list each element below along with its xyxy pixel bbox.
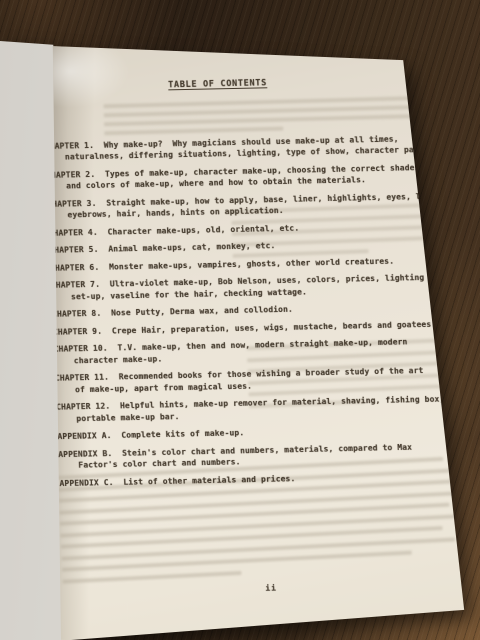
typewritten-content: TABLE OF CONTENTS CHAPTER 1. Why make-up… <box>42 73 478 598</box>
toc-entry: CHAPTER 9. Crepe Hair, preparation, uses… <box>53 318 467 338</box>
toc-entry: CHAPTER 10. T.V. make-up, then and now, … <box>53 335 468 367</box>
toc-entry-text: APPENDIX B. Stein's color chart and numb… <box>58 442 412 470</box>
toc-entry-text: CHAPTER 6. Monster make-ups, vampires, g… <box>50 256 394 272</box>
book-page: TABLE OF CONTENTS CHAPTER 1. Why make-up… <box>0 0 480 640</box>
open-book: TABLE OF CONTENTS CHAPTER 1. Why make-up… <box>0 0 480 640</box>
toc-entry-text: APPENDIX A. Complete kits of make-up. <box>57 428 244 441</box>
toc-entry-text: CHAPTER 11. Recommended books for those … <box>55 366 424 394</box>
page-title: TABLE OF CONTENTS <box>168 78 267 92</box>
toc-entry-text: CHAPTER 12. Helpful hints, make-up remov… <box>56 395 445 424</box>
toc-entry: CHAPTER 1. Why make-up? Why magicians sh… <box>45 132 460 164</box>
toc-entry: CHAPTER 7. Ultra-violet make-up, Bob Nel… <box>51 271 466 303</box>
toc-entry-text: CHAPTER 2. Types of make-up, character m… <box>46 163 420 191</box>
page-number: ii <box>64 578 478 598</box>
toc-entry: CHAPTER 6. Monster make-ups, vampires, g… <box>50 254 464 274</box>
toc-entry: APPENDIX C. List of other materials and … <box>59 469 473 489</box>
toc-entry-text: CHAPTER 9. Crepe Hair, preparation, uses… <box>53 319 437 336</box>
toc-entry-text: CHAPTER 4. Character make-ups, old, orie… <box>48 223 299 237</box>
toc-entry: CHAPTER 2. Types of make-up, character m… <box>46 161 461 193</box>
toc-entry: CHAPTER 11. Recommended books for those … <box>55 364 470 396</box>
toc-entry-text: CHAPTER 7. Ultra-violet make-up, Bob Nel… <box>51 273 425 301</box>
toc-entry-text: CHAPTER 3. Straight make-up, how to appl… <box>47 191 440 220</box>
toc-entry: CHAPTER 3. Straight make-up, how to appl… <box>47 190 462 222</box>
toc-entry: CHAPTER 12. Helpful hints, make-up remov… <box>56 393 471 425</box>
photo-of-book-page: TABLE OF CONTENTS CHAPTER 1. Why make-up… <box>0 0 480 640</box>
toc-entry: CHAPTER 5. Animal make-ups, cat, monkey,… <box>49 236 463 256</box>
toc-entry: CHAPTER 4. Character make-ups, old, orie… <box>48 219 462 239</box>
toc-entry: CHAPTER 8. Nose Putty, Derma wax, and co… <box>52 300 466 320</box>
toc-entry: APPENDIX A. Complete kits of make-up. <box>57 422 471 442</box>
toc-entry-list: CHAPTER 1. Why make-up? Why magicians sh… <box>45 132 474 489</box>
toc-entry-text: CHAPTER 10. T.V. make-up, then and now, … <box>53 338 407 366</box>
toc-entry: APPENDIX B. Stein's color chart and numb… <box>58 440 473 472</box>
toc-entry-text: CHAPTER 5. Animal make-ups, cat, monkey,… <box>49 241 275 255</box>
toc-entry-text: CHAPTER 8. Nose Putty, Derma wax, and co… <box>52 305 293 319</box>
toc-entry-text: APPENDIX C. List of other materials and … <box>59 473 295 487</box>
toc-entry-text: CHAPTER 1. Why make-up? Why magicians sh… <box>45 134 434 162</box>
